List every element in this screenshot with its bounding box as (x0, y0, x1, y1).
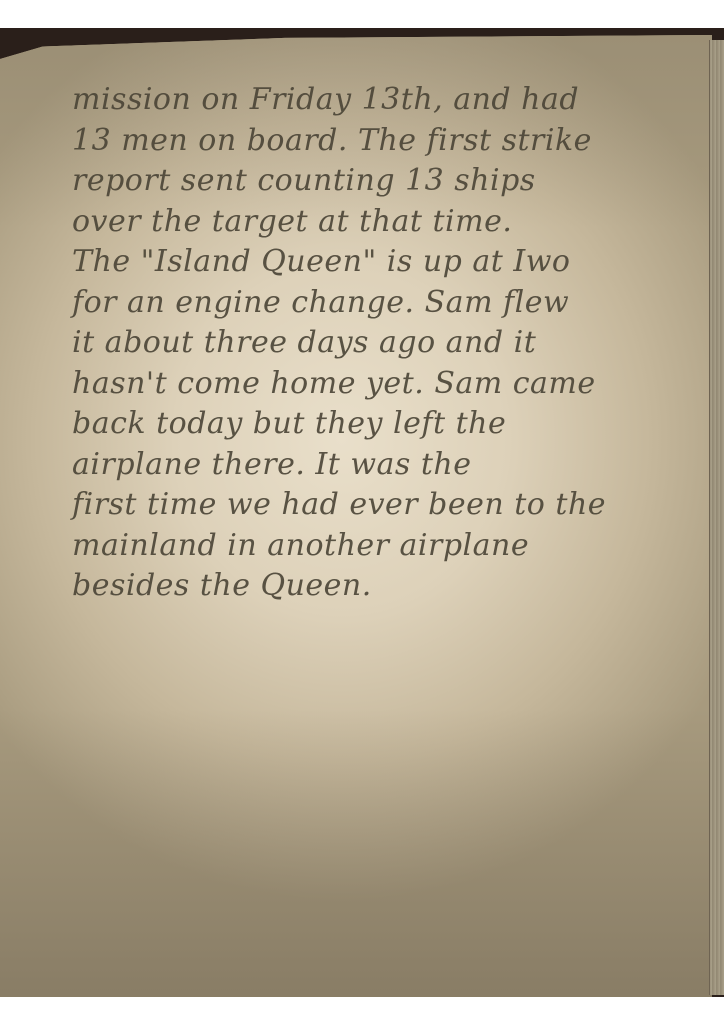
text-line: The "Island Queen" is up at Iwo (72, 242, 672, 283)
text-line: mission on Friday 13th, and had (72, 80, 672, 121)
page-photo: mission on Friday 13th, and had 13 men o… (0, 28, 724, 997)
text-line: 13 men on board. The first strike (72, 121, 672, 162)
text-line: for an engine change. Sam flew (72, 283, 672, 324)
text-line: over the target at that time. (72, 202, 672, 243)
text-line: it about three days ago and it (72, 323, 672, 364)
text-line: hasn't come home yet. Sam came (72, 364, 672, 405)
text-line: report sent counting 13 ships (72, 161, 672, 202)
text-line: first time we had ever been to the (72, 485, 672, 526)
text-line: airplane there. It was the (72, 445, 672, 486)
text-line: besides the Queen. (72, 566, 672, 607)
page-edges (709, 40, 724, 995)
handwritten-text: mission on Friday 13th, and had 13 men o… (72, 80, 672, 607)
text-line: mainland in another airplane (72, 526, 672, 567)
text-line: back today but they left the (72, 404, 672, 445)
